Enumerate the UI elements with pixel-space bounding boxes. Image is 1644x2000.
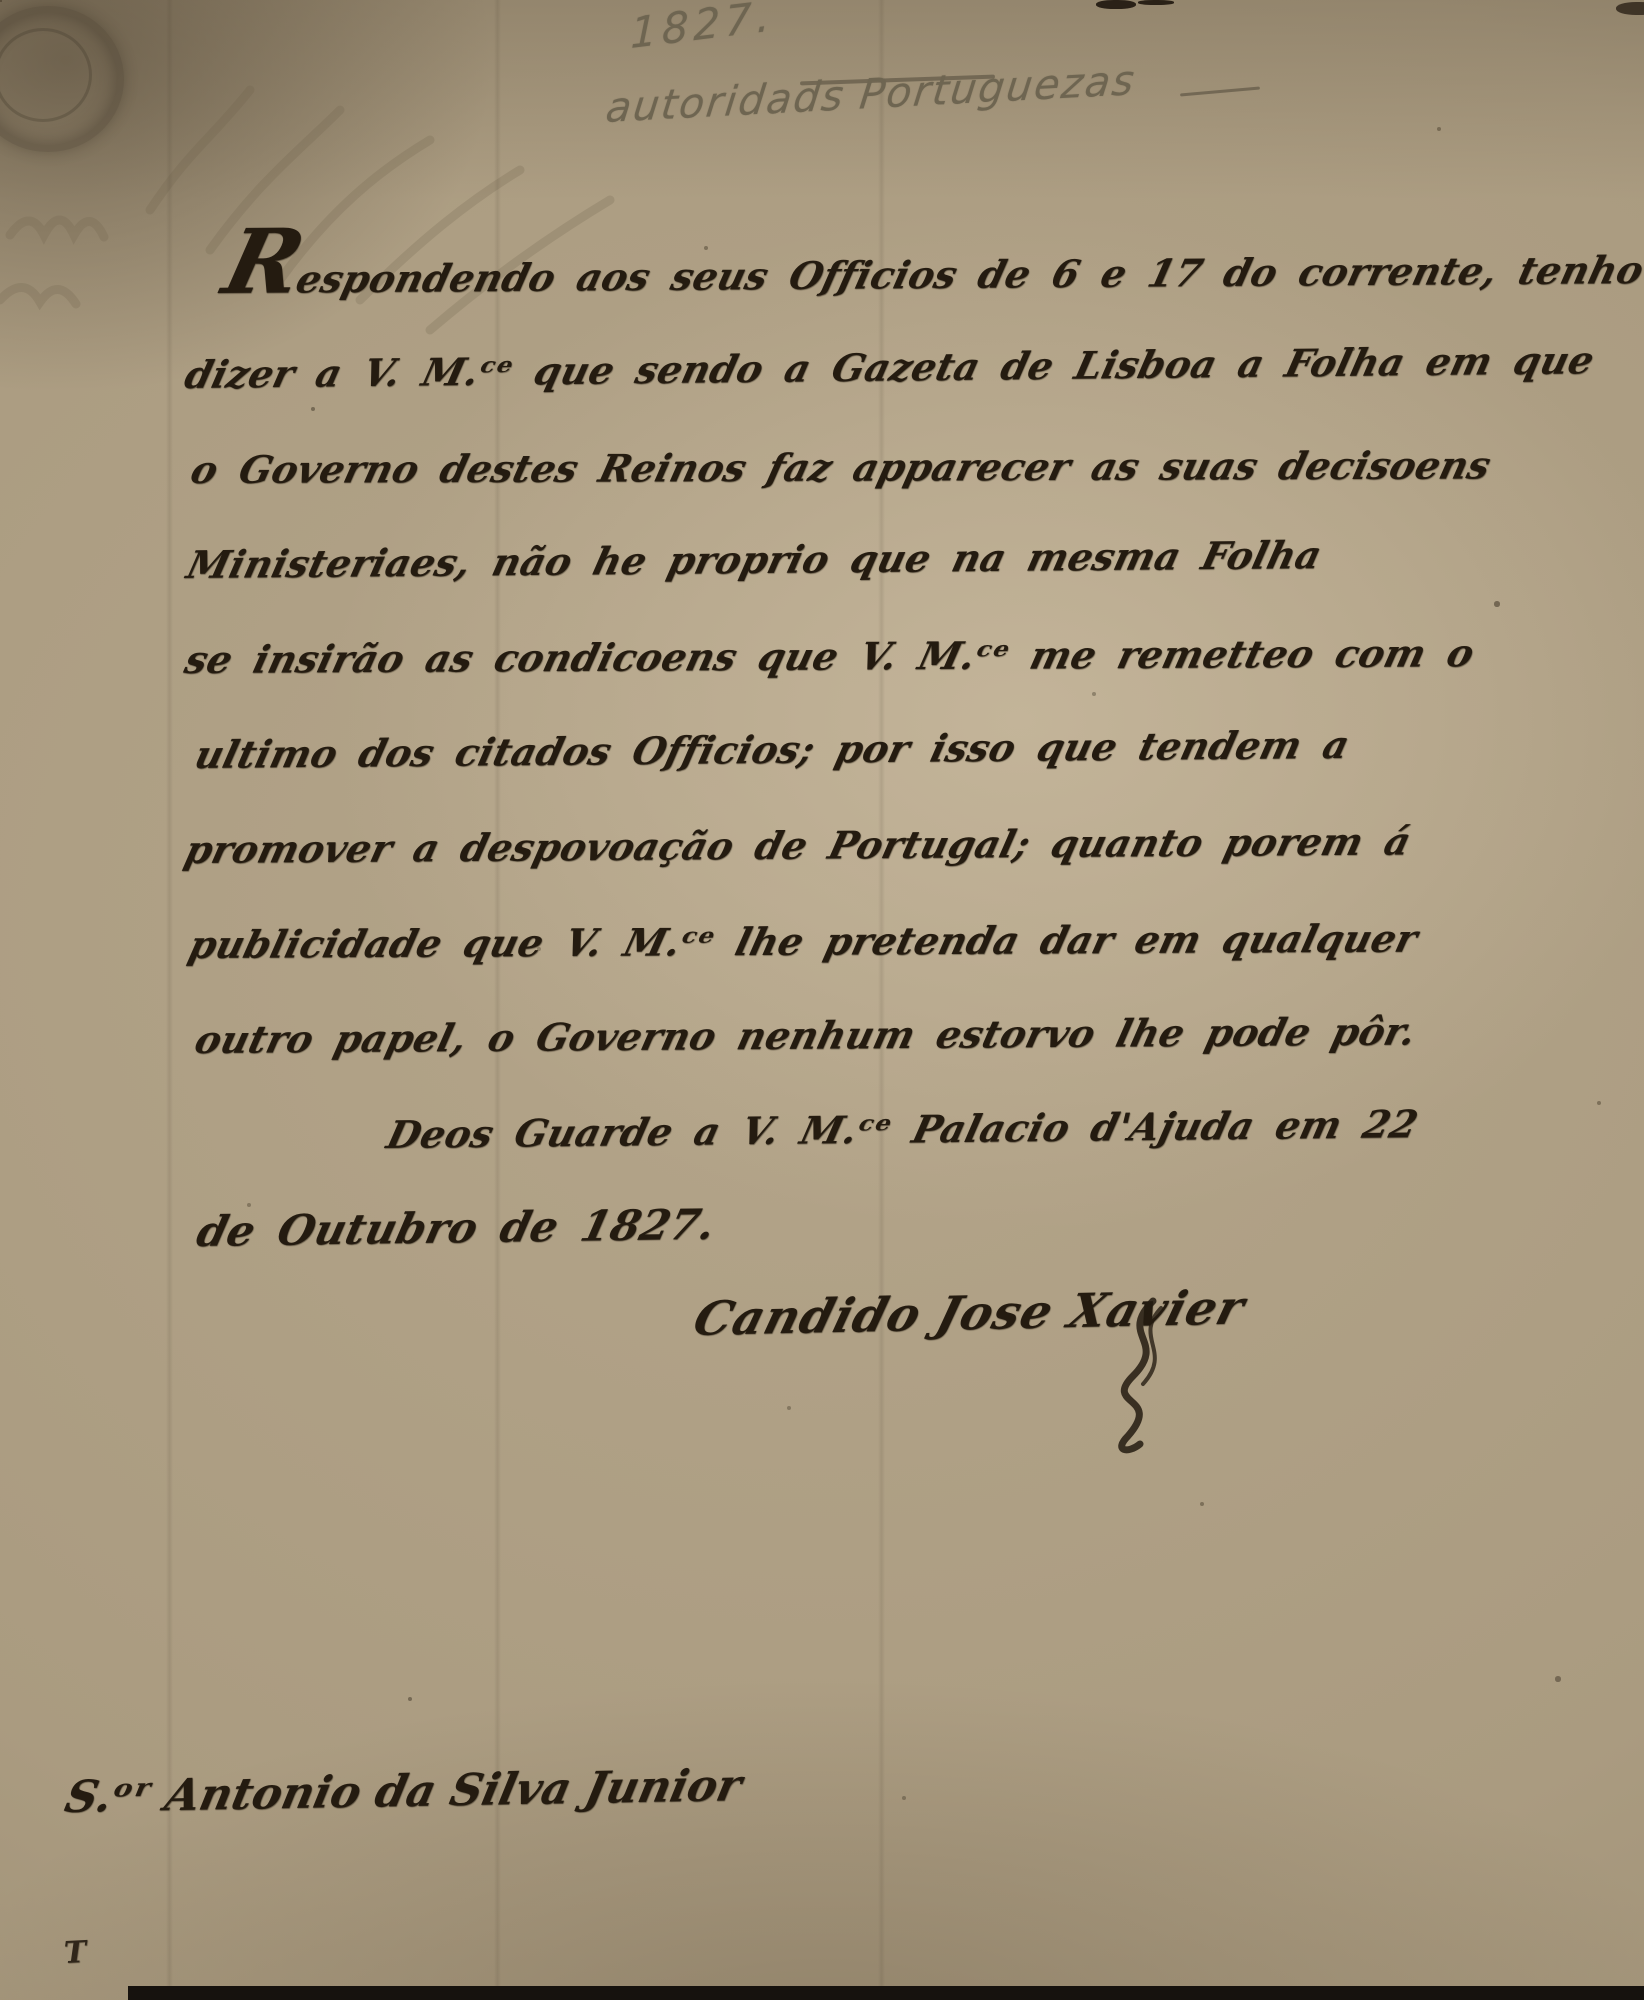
letter-line-3: o Governo destes Reinos faz apparecer as… [186,442,1495,492]
addressee-line: S.ᵒʳ Antonio da Silva Junior [61,1760,747,1823]
pencil-year-annotation: 1827. [630,0,775,58]
letter-line-5: se insirão as condicoens que V. M.ᶜᵉ me … [181,630,1480,682]
letter-line-9: outro papel, o Governo nenhum estorvo lh… [191,1009,1421,1062]
signature-flourish [1058,1296,1188,1456]
ink-mark-bottom-left: T [63,1935,87,1971]
fold-crease [878,0,885,2000]
paper-specks [0,0,2,2]
manuscript-page: 1827. autoridads Portuguezas Respondendo… [0,0,1644,2000]
fold-crease [166,0,173,2000]
letter-line-1: Respondendo aos seus Officios de 6 e 17 … [217,220,1644,302]
scan-edge-strip [128,1986,1644,2000]
pencil-underline [1180,87,1260,97]
letter-line-8: publicidade que V. M.ᶜᵉ lhe pretenda dar… [185,916,1423,967]
letter-closing-line: Deos Guarde a V. M.ᶜᵉ Palacio d'Ajuda em… [383,1101,1423,1157]
ink-speck [1096,0,1136,9]
letter-line-4: Ministeriaes, não he proprio que na mesm… [183,532,1327,587]
letter-date-line: de Outubro de 1827. [192,1200,720,1256]
letter-line-6: ultimo dos citados Officios; por isso qu… [191,722,1354,777]
letter-line-7: promover a despovoação de Portugal; quan… [181,818,1416,872]
